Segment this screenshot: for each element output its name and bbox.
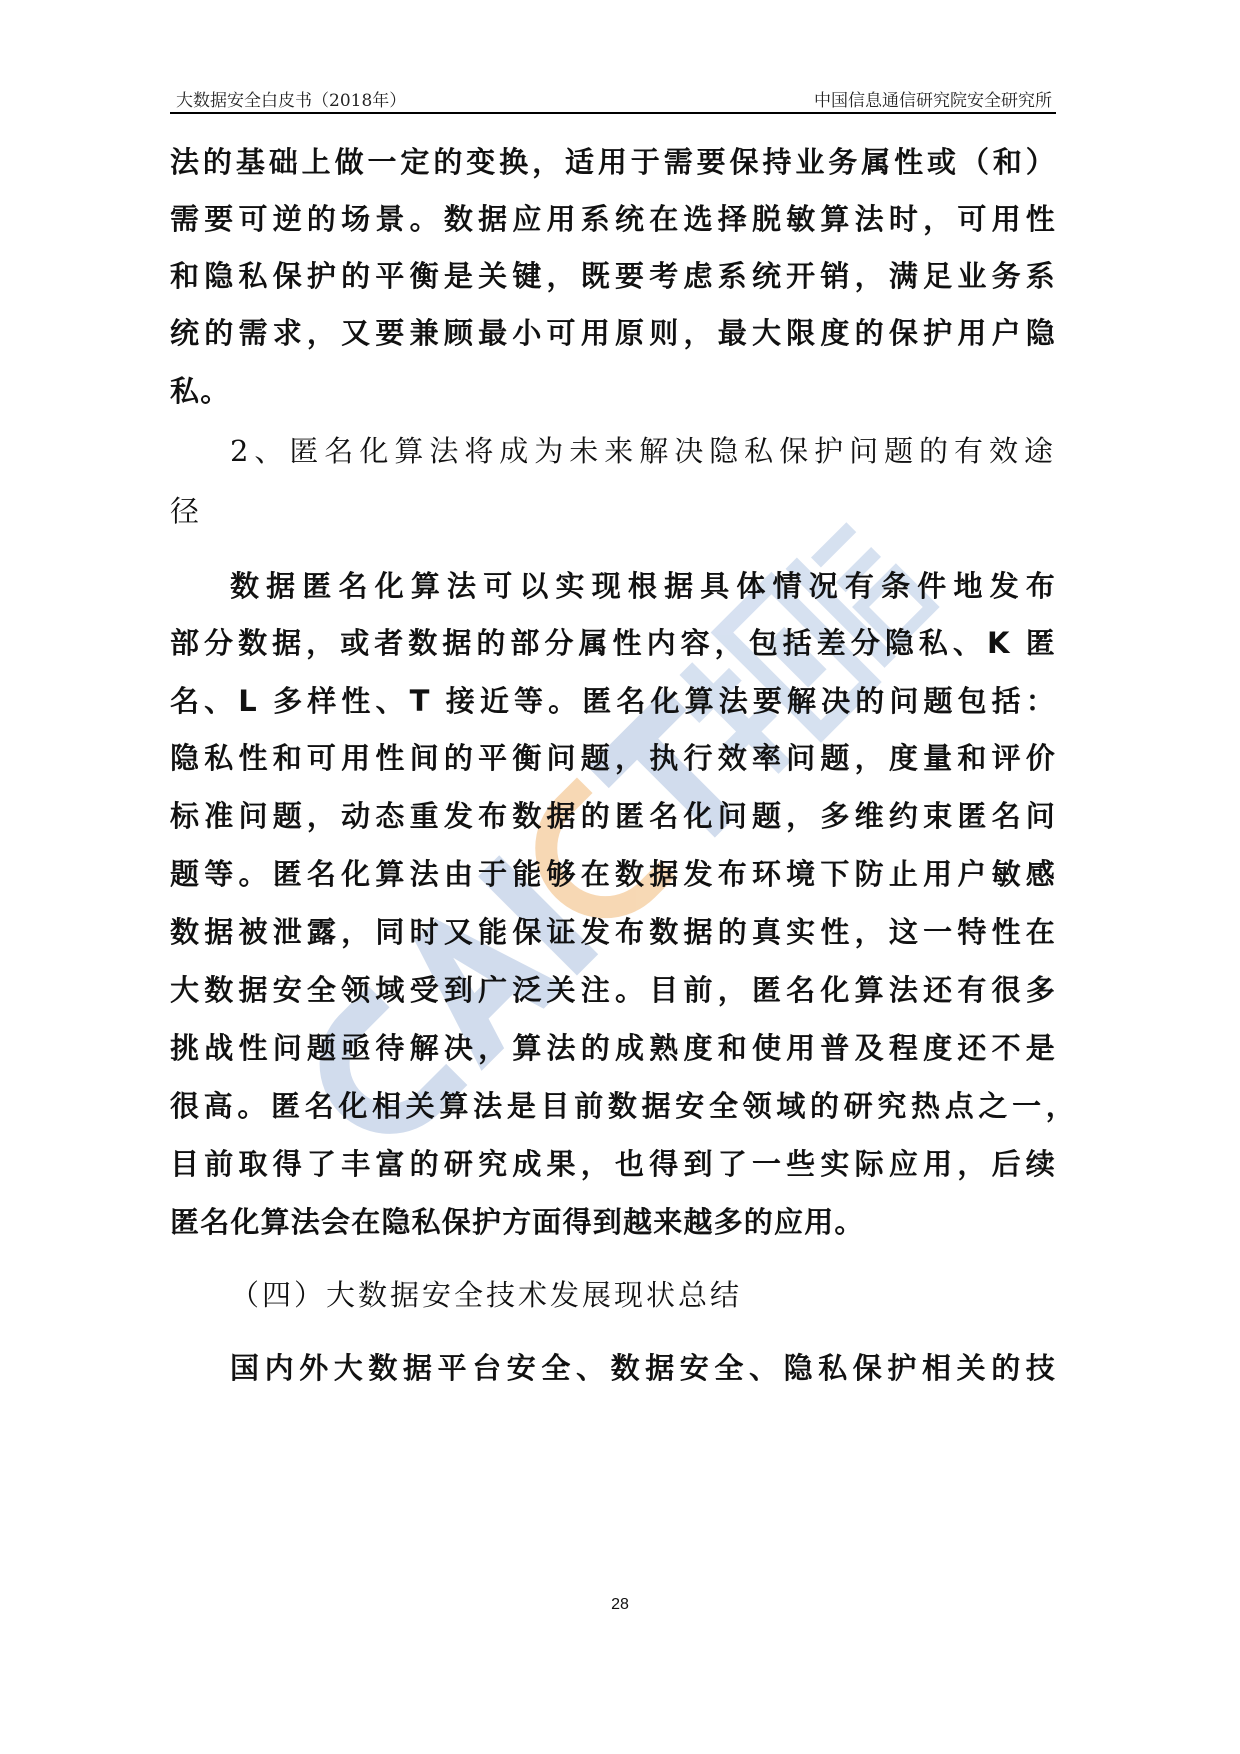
paragraph-2-line-10: 很高。匿名化相关算法是目前数据安全领域的研究热点之一，: [170, 1088, 1076, 1124]
page-number: 28: [0, 1596, 1240, 1614]
paragraph-1-line-4: 统的需求，又要兼顾最小可用原则，最大限度的保护用户隐: [170, 315, 1056, 351]
document-page: 大数据安全白皮书（2018年） 中国信息通信研究院安全研究所: [0, 0, 1240, 1754]
paragraph-2-line-3: 名、L 多样性、T 接近等。匿名化算法要解决的问题包括：: [170, 683, 1056, 719]
paragraph-2-line-9: 挑战性问题亟待解决，算法的成熟度和使用普及程度还不是: [170, 1030, 1056, 1066]
paragraph-2-line-11: 目前取得了丰富的研究成果，也得到了一些实际应用，后续: [170, 1146, 1056, 1182]
paragraph-1-line-2: 需要可逆的场景。数据应用系统在选择脱敏算法时，可用性: [170, 201, 1056, 237]
section-heading-4: （四）大数据安全技术发展现状总结: [230, 1277, 742, 1313]
subheading-2-line-2: 径: [170, 493, 202, 529]
header-divider: [170, 112, 1056, 114]
paragraph-2-line-5: 标准问题，动态重发布数据的匿名化问题，多维约束匿名问: [170, 798, 1056, 834]
subheading-2-line-1: 2、匿名化算法将成为未来解决隐私保护问题的有效途: [230, 433, 1056, 469]
paragraph-1-line-3: 和隐私保护的平衡是关键，既要考虑系统开销，满足业务系: [170, 258, 1056, 294]
paragraph-2-line-2: 部分数据，或者数据的部分属性内容，包括差分隐私、K 匿: [170, 625, 1056, 661]
paragraph-2-line-8: 大数据安全领域受到广泛关注。目前，匿名化算法还有很多: [170, 972, 1056, 1008]
paragraph-2-line-4: 隐私性和可用性间的平衡问题，执行效率问题，度量和评价: [170, 740, 1056, 776]
paragraph-1-line-1: 法的基础上做一定的变换，适用于需要保持业务属性或（和）: [170, 144, 1056, 180]
paragraph-2-line-12: 匿名化算法会在隐私保护方面得到越来越多的应用。: [170, 1204, 865, 1240]
paragraph-2-line-7: 数据被泄露，同时又能保证发布数据的真实性，这一特性在: [170, 914, 1056, 950]
header-organization: 中国信息通信研究院安全研究所: [814, 86, 1052, 111]
running-header: 大数据安全白皮书（2018年） 中国信息通信研究院安全研究所: [170, 84, 1056, 112]
paragraph-2-line-6: 题等。匿名化算法由于能够在数据发布环境下防止用户敏感: [170, 856, 1056, 892]
paragraph-2-line-1: 数据匿名化算法可以实现根据具体情况有条件地发布: [230, 568, 1056, 604]
paragraph-1-line-5: 私。: [170, 373, 230, 409]
paragraph-3-line-1: 国内外大数据平台安全、数据安全、隐私保护相关的技: [230, 1350, 1056, 1386]
header-document-title: 大数据安全白皮书（2018年）: [176, 86, 406, 111]
